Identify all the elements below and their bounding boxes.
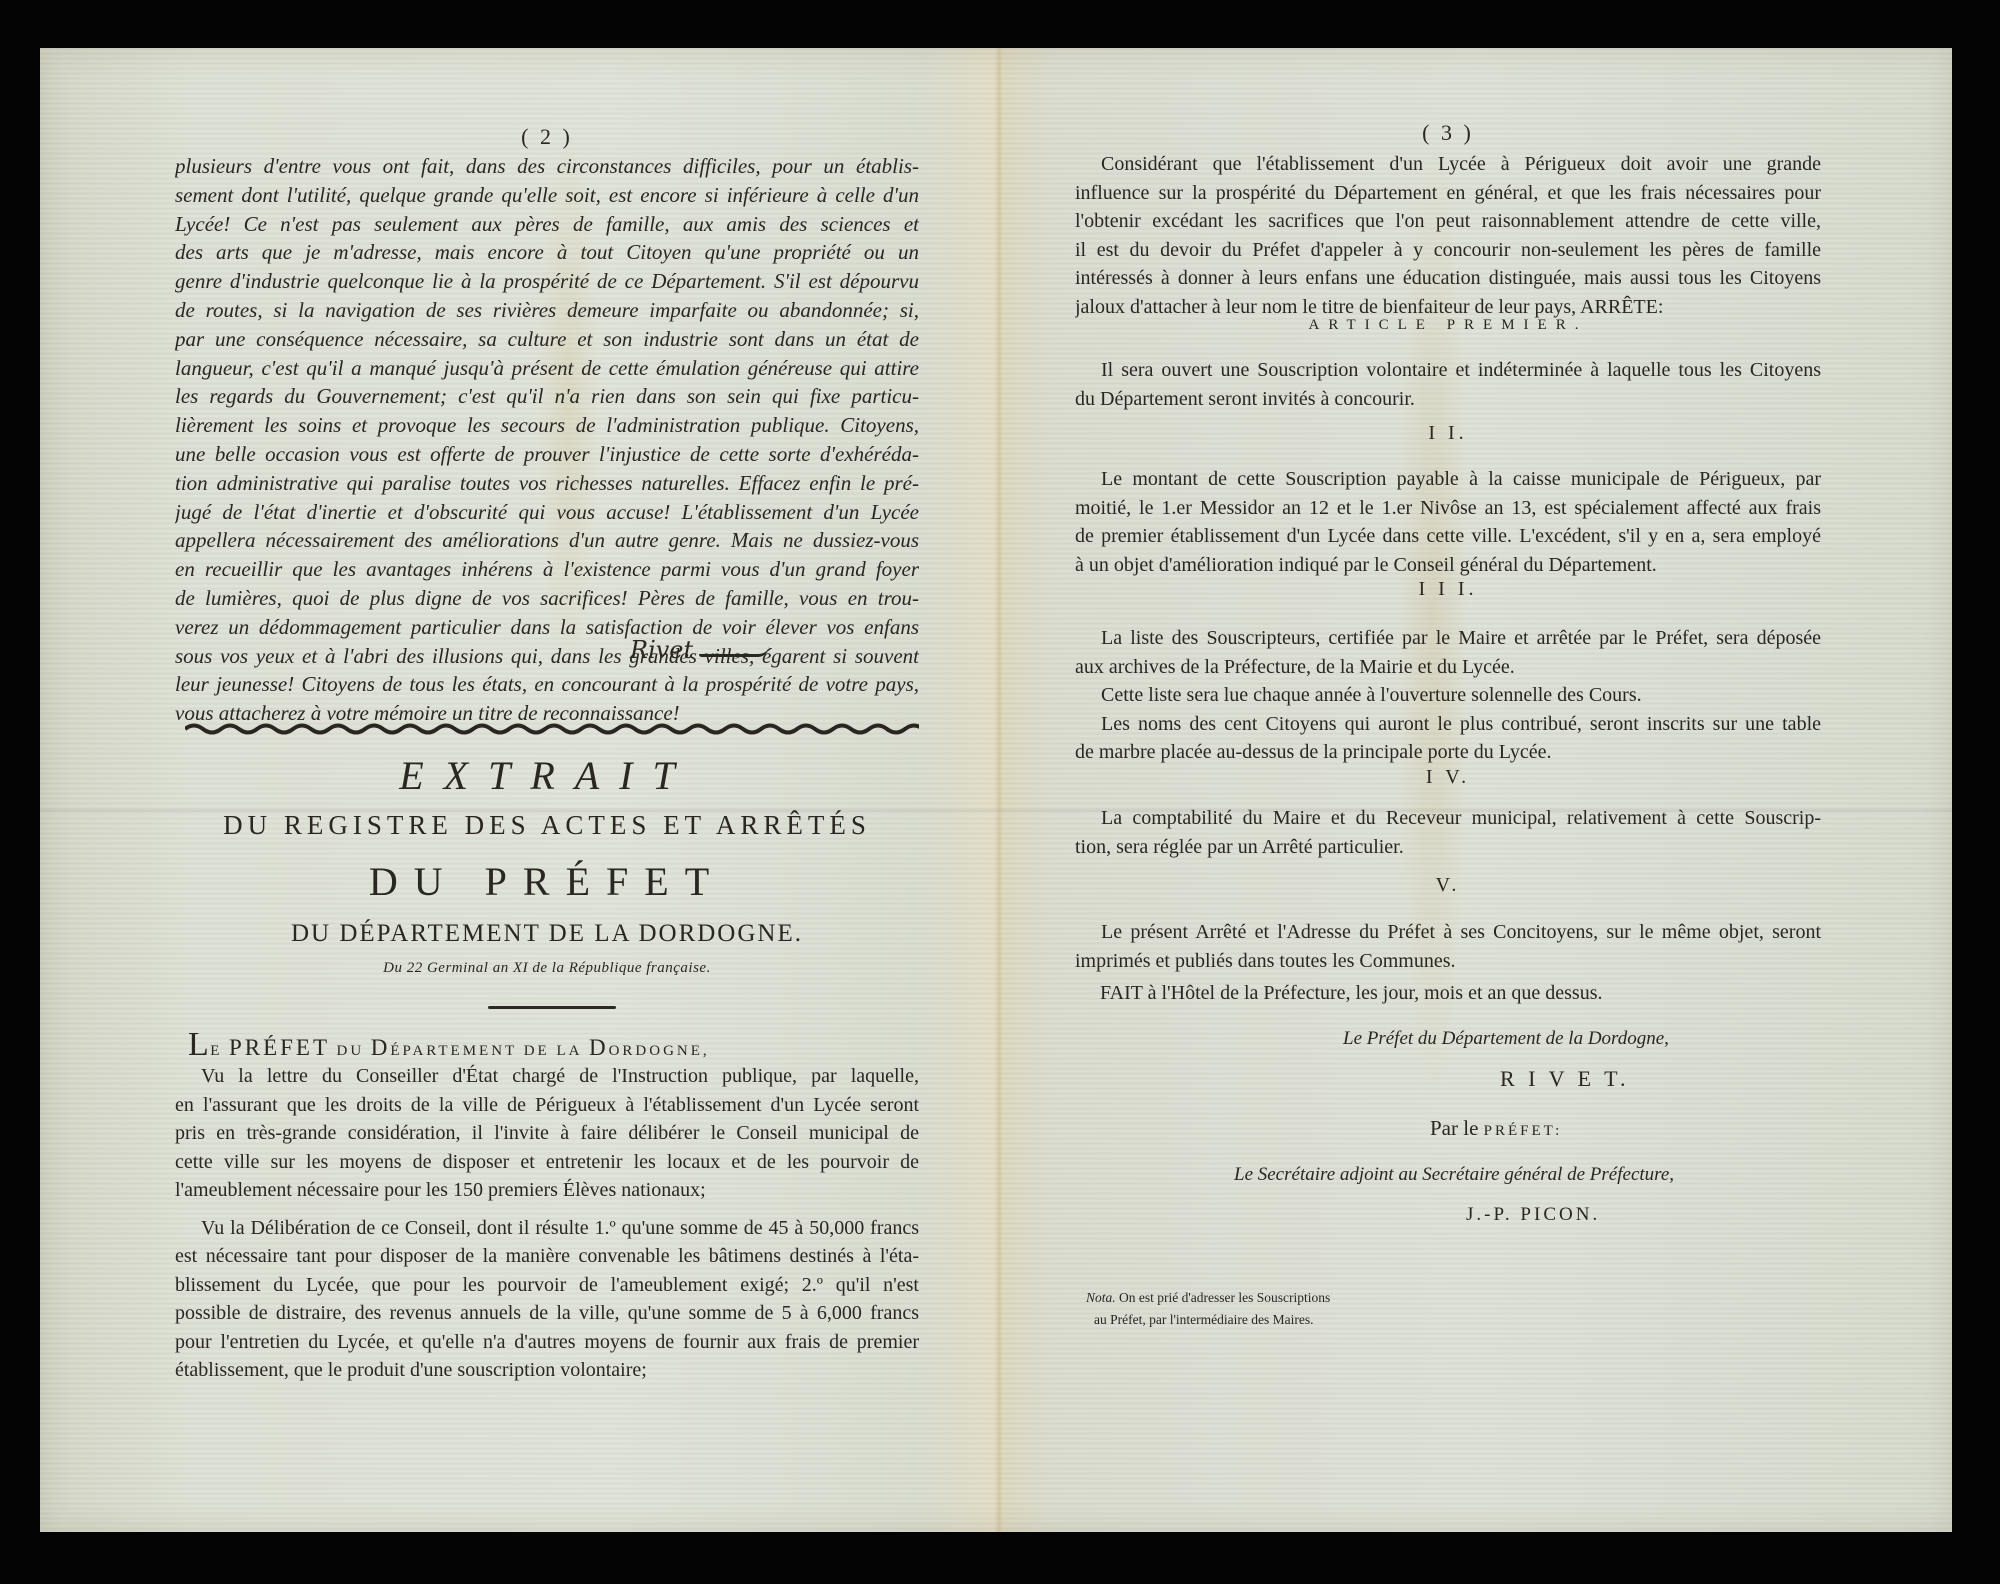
address-line: de lumières, quoi de plus digne de vos s…	[175, 584, 919, 613]
article-line: Il sera ouvert une Souscription volontai…	[1075, 356, 1821, 385]
center-fold	[995, 48, 1003, 1532]
address-line: en recueillir que les avantages inhérens…	[175, 555, 919, 584]
address-line: sous vos yeux et à l'abri des illusions …	[175, 642, 919, 671]
article-5-text: Le présent Arrêté et l'Adresse du Préfet…	[1075, 918, 1821, 975]
small-caps: ORDOGNE,	[609, 1043, 710, 1059]
fait-line: FAIT à l'Hôtel de la Préfecture, les jou…	[1100, 982, 1603, 1005]
prefect-address-text: plusieurs d'entre vous ont fait, dans de…	[175, 152, 919, 728]
article-number: I I.	[1075, 422, 1821, 445]
preamble-line: Considérant que l'établissement d'un Lyc…	[1075, 150, 1821, 179]
article-number: I I I.	[1075, 578, 1821, 601]
capital: D	[589, 1035, 609, 1060]
secretaire-name: J.-P. PICON.	[1466, 1204, 1600, 1226]
article-line: de premier établissement d'un Lycée dans…	[1075, 522, 1821, 551]
small-caps: DE LA	[524, 1043, 583, 1059]
prefet-salutation: LE PRÉFET DU DÉPARTEMENT DE LA DORDOGNE,	[188, 1026, 710, 1064]
article-line: Le montant de cette Souscription payable…	[1075, 465, 1821, 494]
department-heading: DU DÉPARTEMENT DE LA DORDOGNE.	[175, 920, 919, 948]
address-line: lièrement les soins et provoque les seco…	[175, 411, 919, 440]
handwritten-signature: Rivet	[630, 636, 769, 664]
considerants-text: Vu la lettre du Conseiller d'État chargé…	[175, 1062, 919, 1385]
article-2-text: Le montant de cette Souscription payable…	[1075, 465, 1821, 579]
fait-text: FAIT à l'Hôtel de la Préfecture, les jou…	[1100, 982, 1603, 1004]
prefet-heading: DU PRÉFET	[175, 858, 919, 905]
nota-line: au Préfet, par l'intermédiaire des Maire…	[1086, 1309, 1330, 1331]
article-line: à un objet d'amélioration indiqué par le…	[1075, 551, 1821, 580]
article-line: imprimés et publiés dans toutes les Comm…	[1075, 947, 1821, 976]
considerant-line: établissement, que le produit d'une sous…	[175, 1356, 919, 1385]
secretaire-title: Le Secrétaire adjoint au Secrétaire géné…	[1234, 1164, 1674, 1186]
article-3-text: La liste des Souscripteurs, certifiée pa…	[1075, 624, 1821, 767]
article-4-text: La comptabilité du Maire et du Receveur …	[1075, 804, 1821, 861]
prefet-title: Le Préfet du Département de la Dordogne,	[1343, 1028, 1669, 1050]
decree-date: Du 22 Germinal an XI de la République fr…	[175, 960, 919, 977]
prefet-word: PRÉFET	[229, 1035, 330, 1060]
drop-initial: L	[188, 1026, 210, 1063]
address-line: de routes, si la navigation de ses riviè…	[175, 296, 919, 325]
article-line: Les noms des cent Citoyens qui auront le…	[1075, 710, 1821, 739]
address-line: langueur, c'est qu'il a manqué jusqu'à p…	[175, 354, 919, 383]
nota-label: Nota.	[1086, 1290, 1116, 1305]
address-line: les regards du Gouvernement; c'est qu'il…	[175, 382, 919, 411]
considerant-line: possible de distraire, des revenus annue…	[175, 1299, 919, 1328]
address-line: une belle occasion vous est offerte de p…	[175, 440, 919, 469]
article-line: tion, sera réglée par un Arrêté particul…	[1075, 833, 1821, 862]
article-line: Cette liste sera lue chaque année à l'ou…	[1075, 681, 1821, 710]
article-line: La comptabilité du Maire et du Receveur …	[1075, 804, 1821, 833]
article-line: aux archives de la Préfecture, de la Mai…	[1075, 653, 1821, 682]
address-line: des arts que je m'adresse, mais encore à…	[175, 238, 919, 267]
preamble-line: influence sur la prospérité du Départeme…	[1075, 179, 1821, 208]
address-line: jugé de l'état d'inertie et d'obscurité …	[175, 498, 919, 527]
nota-line: On est prié d'adresser les Souscriptions	[1119, 1290, 1330, 1305]
signature-name: Rivet	[630, 636, 693, 664]
considerant-line: Vu la Délibération de ce Conseil, dont i…	[175, 1214, 919, 1243]
prefet-name: R I V E T.	[1500, 1066, 1629, 1092]
preamble-line: intéressés à donner à leurs enfans une é…	[1075, 264, 1821, 293]
article-number: V.	[1075, 874, 1821, 897]
preamble-text: Considérant que l'établissement d'un Lyc…	[1075, 150, 1821, 321]
article-line: Le présent Arrêté et l'Adresse du Préfet…	[1075, 918, 1821, 947]
page-number-right: ( 3 )	[1075, 120, 1821, 146]
address-line: leur jeunesse! Citoyens de tous les état…	[175, 670, 919, 699]
extrait-title: EXTRAIT	[175, 752, 919, 799]
address-line: Lycée! Ce n'est pas seulement aux pères …	[175, 210, 919, 239]
small-caps: ÉPARTEMENT	[390, 1043, 517, 1059]
considerant-line: l'ameublement nécessaire pour les 150 pr…	[175, 1176, 919, 1205]
address-line: tion administrative qui paralise toutes …	[175, 469, 919, 498]
considerant-line: en l'assurant que les droits de la ville…	[175, 1091, 919, 1120]
preamble-line: il est du devoir du Préfet d'appeler à y…	[1075, 236, 1821, 265]
article-heading: ARTICLE PREMIER.	[1075, 317, 1821, 334]
prefet-small-caps: PRÉFET:	[1484, 1123, 1563, 1139]
article-line: moitié, le 1.er Messidor an 12 et le 1.e…	[1075, 494, 1821, 523]
considerant-line: pris en très-grande considération, il l'…	[175, 1119, 919, 1148]
small-caps: DU	[337, 1043, 365, 1059]
considerant-line: est nécessaire tant pour disposer de la …	[175, 1242, 919, 1271]
address-line: verez un dédommagement particulier dans …	[175, 613, 919, 642]
page-number-left: ( 2 )	[175, 124, 919, 150]
address-line: par une conséquence nécessaire, sa cultu…	[175, 325, 919, 354]
preamble-line: l'obtenir excédant les sacrifices que l'…	[1075, 207, 1821, 236]
article-line: de marbre placée au-dessus de la princip…	[1075, 738, 1821, 767]
considerant-line: pour l'entretien du Lycée, et qu'elle n'…	[175, 1328, 919, 1357]
address-line: plusieurs d'entre vous ont fait, dans de…	[175, 152, 919, 181]
considerant-line: blissement du Lycée, que pour les pourvo…	[175, 1271, 919, 1300]
considerant-line: cette ville sur les moyens de disposer e…	[175, 1148, 919, 1177]
article-number: I V.	[1075, 766, 1821, 789]
capital: D	[371, 1035, 391, 1060]
address-line: appellera nécessairement des amélioratio…	[175, 526, 919, 555]
article-line: du Département seront invités à concouri…	[1075, 385, 1821, 414]
wavy-rule-divider	[185, 722, 919, 736]
article-1-text: Il sera ouvert une Souscription volontai…	[1075, 356, 1821, 413]
article-line: La liste des Souscripteurs, certifiée pa…	[1075, 624, 1821, 653]
par-le-prefet: Par le PRÉFET:	[1430, 1116, 1562, 1141]
nota-block: Nota. On est prié d'adresser les Souscri…	[1086, 1287, 1330, 1331]
par-le-text: Par le	[1430, 1116, 1478, 1140]
small-caps: E	[210, 1043, 222, 1059]
signature-flourish-icon	[699, 646, 769, 657]
address-line: genre d'industrie quelconque lie à la pr…	[175, 267, 919, 296]
considerant-line: Vu la lettre du Conseiller d'État chargé…	[175, 1062, 919, 1091]
address-line: sement dont l'utilité, quelque grande qu…	[175, 181, 919, 210]
paragraph-gap	[175, 1205, 919, 1214]
registre-heading: DU REGISTRE DES ACTES ET ARRÊTÉS	[175, 810, 919, 841]
short-rule-divider	[488, 1006, 616, 1009]
